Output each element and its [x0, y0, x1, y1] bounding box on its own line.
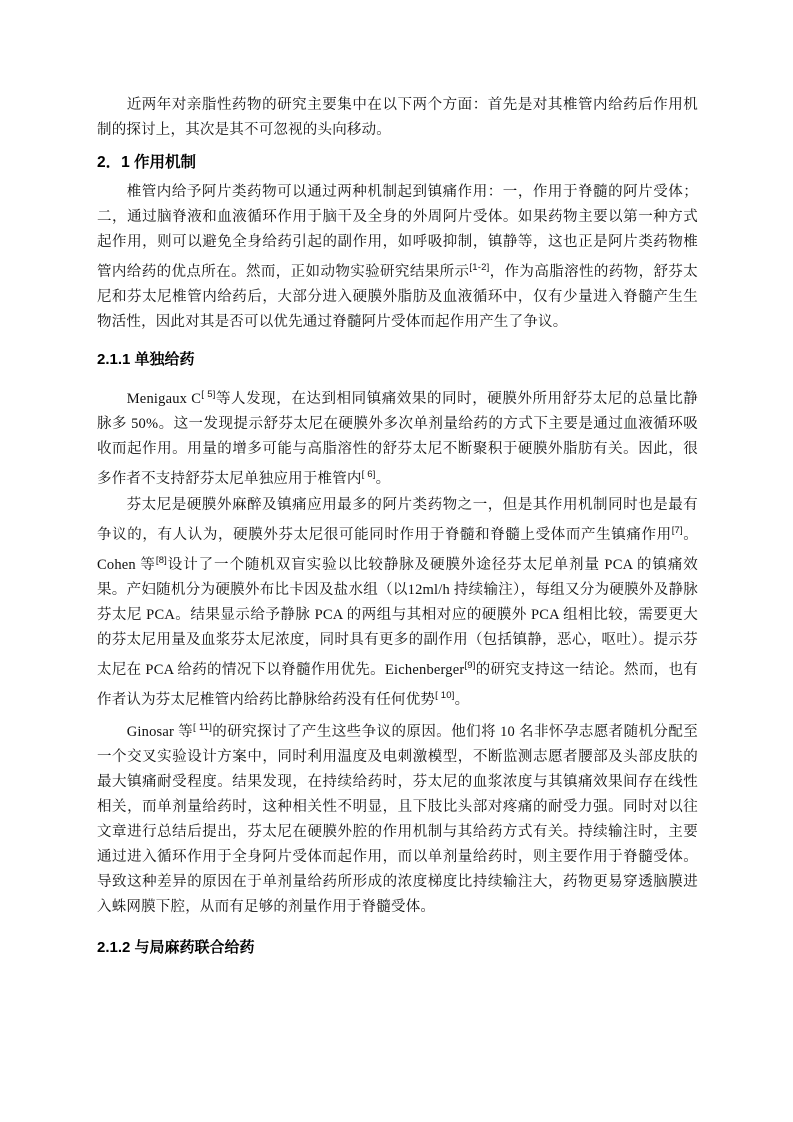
- citation-reference: [8]: [156, 555, 167, 566]
- citation-reference: [1-2]: [469, 262, 489, 273]
- heading-section-2-1-1-single-drug: 2.1.1 单独给药: [97, 349, 698, 370]
- paragraph-two-mechanisms: 椎管内给予阿片类药物可以通过两种机制起到镇痛作用：一，作用于脊髓的阿片受体；二，…: [97, 180, 698, 335]
- citation-reference: [ 6]: [362, 469, 376, 480]
- paragraph-ginosar-study: Ginosar 等[ 11]的研究探讨了产生这些争议的原因。他们将 10 名非怀…: [97, 715, 698, 920]
- citation-reference: [ 11]: [193, 722, 212, 733]
- document-page: 近两年对亲脂性药物的研究主要集中在以下两个方面：首先是对其椎管内给药后作用机制的…: [0, 0, 793, 1122]
- paragraph-menigaux-sufentanil: Menigaux C[ 5]等人发现，在达到相同镇痛效果的同时，硬膜外所用舒芬太…: [97, 382, 698, 492]
- citation-reference: [ 10]: [435, 690, 455, 701]
- paragraph-intro: 近两年对亲脂性药物的研究主要集中在以下两个方面：首先是对其椎管内给药后作用机制的…: [97, 93, 698, 143]
- citation-reference: [7]: [672, 525, 683, 536]
- heading-section-2-1-mechanism: 2．1 作用机制: [97, 152, 698, 173]
- heading-section-2-1-2-combined-local-anesthetic: 2.1.2 与局麻药联合给药: [97, 937, 698, 958]
- citation-reference: [ 5]: [201, 389, 215, 400]
- citation-reference: [9]: [464, 660, 475, 671]
- paragraph-fentanyl-pca-study: 芬太尼是硬膜外麻醉及镇痛应用最多的阿片类药物之一，但是其作用机制同时也是最有争议…: [97, 493, 698, 712]
